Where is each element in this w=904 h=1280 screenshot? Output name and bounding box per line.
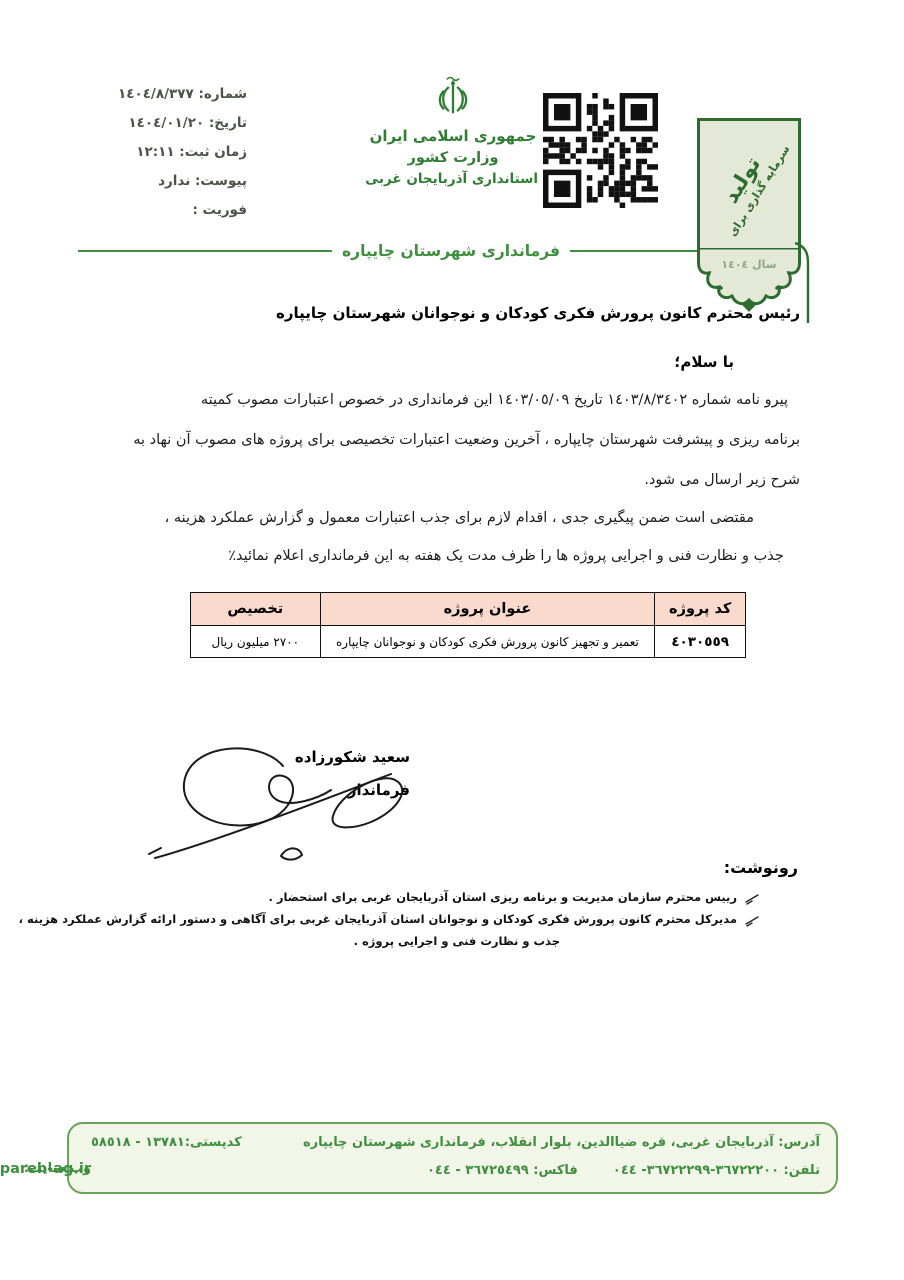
- cc-items: رییس محترم سازمان مدیریت و برنامه ریزی ا…: [130, 890, 760, 948]
- cc-item-1: رییس محترم سازمان مدیریت و برنامه ریزی ا…: [130, 890, 760, 905]
- col-header-allocation: تخصیص: [191, 593, 321, 626]
- cell-project-code: ٤٠٣٠٥٥٩: [655, 626, 746, 658]
- meta-attachment-label: پیوست:: [195, 173, 247, 189]
- meta-urgency-label: فوریت :: [192, 202, 247, 218]
- year-slogan-ribbon: تولید سرمایه گذاری برای سال ١٤٠٤: [697, 118, 801, 314]
- footer-fax: فاکس: ٣٦٧٢٥٤٩٩ - ٠٤٤: [427, 1163, 578, 1178]
- header-province: استانداری آذربایجان غربی: [368, 171, 538, 187]
- project-table: کد پروژه عنوان پروژه تخصیص ٤٠٣٠٥٥٩ تعمیر…: [190, 592, 746, 658]
- iran-emblem-icon: [432, 76, 474, 122]
- cc-item-2: مدیرکل محترم کانون پرورش فکری کودکان و ن…: [130, 912, 760, 927]
- meta-time: زمان ثبت: ١٢:١١: [62, 144, 247, 160]
- col-header-project-title: عنوان پروژه: [320, 593, 655, 626]
- meta-number: شماره: ١٤٠٤/٨/٣٧٧: [62, 86, 247, 102]
- meta-time-label: زمان ثبت:: [179, 144, 247, 160]
- band-line-left: [78, 250, 332, 252]
- ribbon-body: تولید سرمایه گذاری برای: [697, 118, 801, 248]
- pen-icon: [744, 914, 760, 927]
- letter-body: پیرو نامه شماره ١٤٠٣/٨/٣٤٠٢ تاریخ ١٤٠٣/٠…: [128, 392, 800, 592]
- body-paragraph1-line2: برنامه ریزی و پیشرفت شهرستان چایپاره ، آ…: [128, 432, 800, 448]
- footer-website-url: www.chaypareh-ag.ir: [0, 1161, 91, 1177]
- body-paragraph1-line1: پیرو نامه شماره ١٤٠٣/٨/٣٤٠٢ تاریخ ١٤٠٣/٠…: [128, 392, 800, 408]
- band-line-right: [570, 250, 697, 252]
- cc-item-2-line1: مدیرکل محترم کانون پرورش فکری کودکان و ن…: [19, 912, 737, 926]
- meta-date: تاریخ: ١٤٠٤/٠١/٢٠: [62, 115, 247, 131]
- body-paragraph2-line1: مقتضی است ضمن پیگیری جدی ، اقدام لازم بر…: [128, 510, 800, 526]
- body-paragraph2-line2: جذب و نظارت فنی و اجرایی پروژه ها را ظرف…: [128, 548, 800, 564]
- salutation: با سلام؛: [674, 353, 734, 371]
- footer-address: آدرس: آذربایجان غربی، قره ضیاالدین، بلوا…: [303, 1135, 820, 1150]
- meta-attachment: پیوست: ندارد: [62, 173, 247, 189]
- pen-icon: [744, 892, 760, 905]
- meta-date-value: ١٤٠٤/٠١/٢٠: [128, 115, 204, 131]
- registration-meta: شماره: ١٤٠٤/٨/٣٧٧ تاریخ: ١٤٠٤/٠١/٢٠ زمان…: [62, 86, 247, 231]
- meta-time-value: ١٢:١١: [136, 144, 174, 160]
- office-band: فرمانداری شهرستان چایپاره: [78, 240, 697, 262]
- cell-project-title: تعمیر و تجهیز کانون پرورش فکری کودکان و …: [320, 626, 655, 658]
- footer-phone: تلفن: ٣٦٧٢٢٢٠٠-٣٦٧٢٢٢٩٩- ٠٤٤: [613, 1163, 820, 1178]
- table-row: ٤٠٣٠٥٥٩ تعمیر و تجهیز کانون پرورش فکری ک…: [191, 626, 746, 658]
- footer-postal-code: کدپستی:١٣٧٨١ - ٥٨٥١٨: [91, 1135, 242, 1150]
- meta-attachment-value: ندارد: [158, 173, 190, 189]
- col-header-project-code: کد پروژه: [655, 593, 746, 626]
- header-country: جمهوری اسلامی ایران: [368, 127, 538, 145]
- cc-item-1-text: رییس محترم سازمان مدیریت و برنامه ریزی ا…: [268, 890, 737, 904]
- body-paragraph1-line3: شرح زیر ارسال می شود.: [128, 472, 800, 488]
- cc-label: رونوشت:: [724, 858, 798, 877]
- ribbon-year: سال ١٤٠٤: [721, 258, 776, 271]
- meta-number-label: شماره:: [198, 86, 247, 102]
- signature-scribble: [133, 736, 413, 871]
- cell-allocation: ٢٧٠٠ میلیون ریال: [191, 626, 321, 658]
- meta-urgency: فوریت :: [62, 202, 247, 218]
- meta-number-value: ١٤٠٤/٨/٣٧٧: [118, 86, 194, 102]
- meta-date-label: تاریخ:: [209, 115, 247, 131]
- letterhead: جمهوری اسلامی ایران وزارت کشور استانداری…: [368, 76, 538, 187]
- office-band-title: فرمانداری شهرستان چایپاره: [342, 242, 560, 260]
- qr-code: [543, 93, 658, 208]
- recipient-line: رئیس محترم کانون پرورش فکری کودکان و نوج…: [276, 304, 800, 322]
- ribbon-calligraphy: تولید سرمایه گذاری برای: [697, 118, 801, 248]
- header-ministry: وزارت کشور: [368, 150, 538, 166]
- letter-page: شماره: ١٤٠٤/٨/٣٧٧ تاریخ: ١٤٠٤/٠١/٢٠ زمان…: [0, 0, 904, 1280]
- footer-contact-box: آدرس: آذربایجان غربی، قره ضیاالدین، بلوا…: [67, 1122, 838, 1194]
- cc-item-2-line2: جذب و نظارت فنی و اجرایی پروژه .: [130, 934, 560, 948]
- table-header-row: کد پروژه عنوان پروژه تخصیص: [191, 593, 746, 626]
